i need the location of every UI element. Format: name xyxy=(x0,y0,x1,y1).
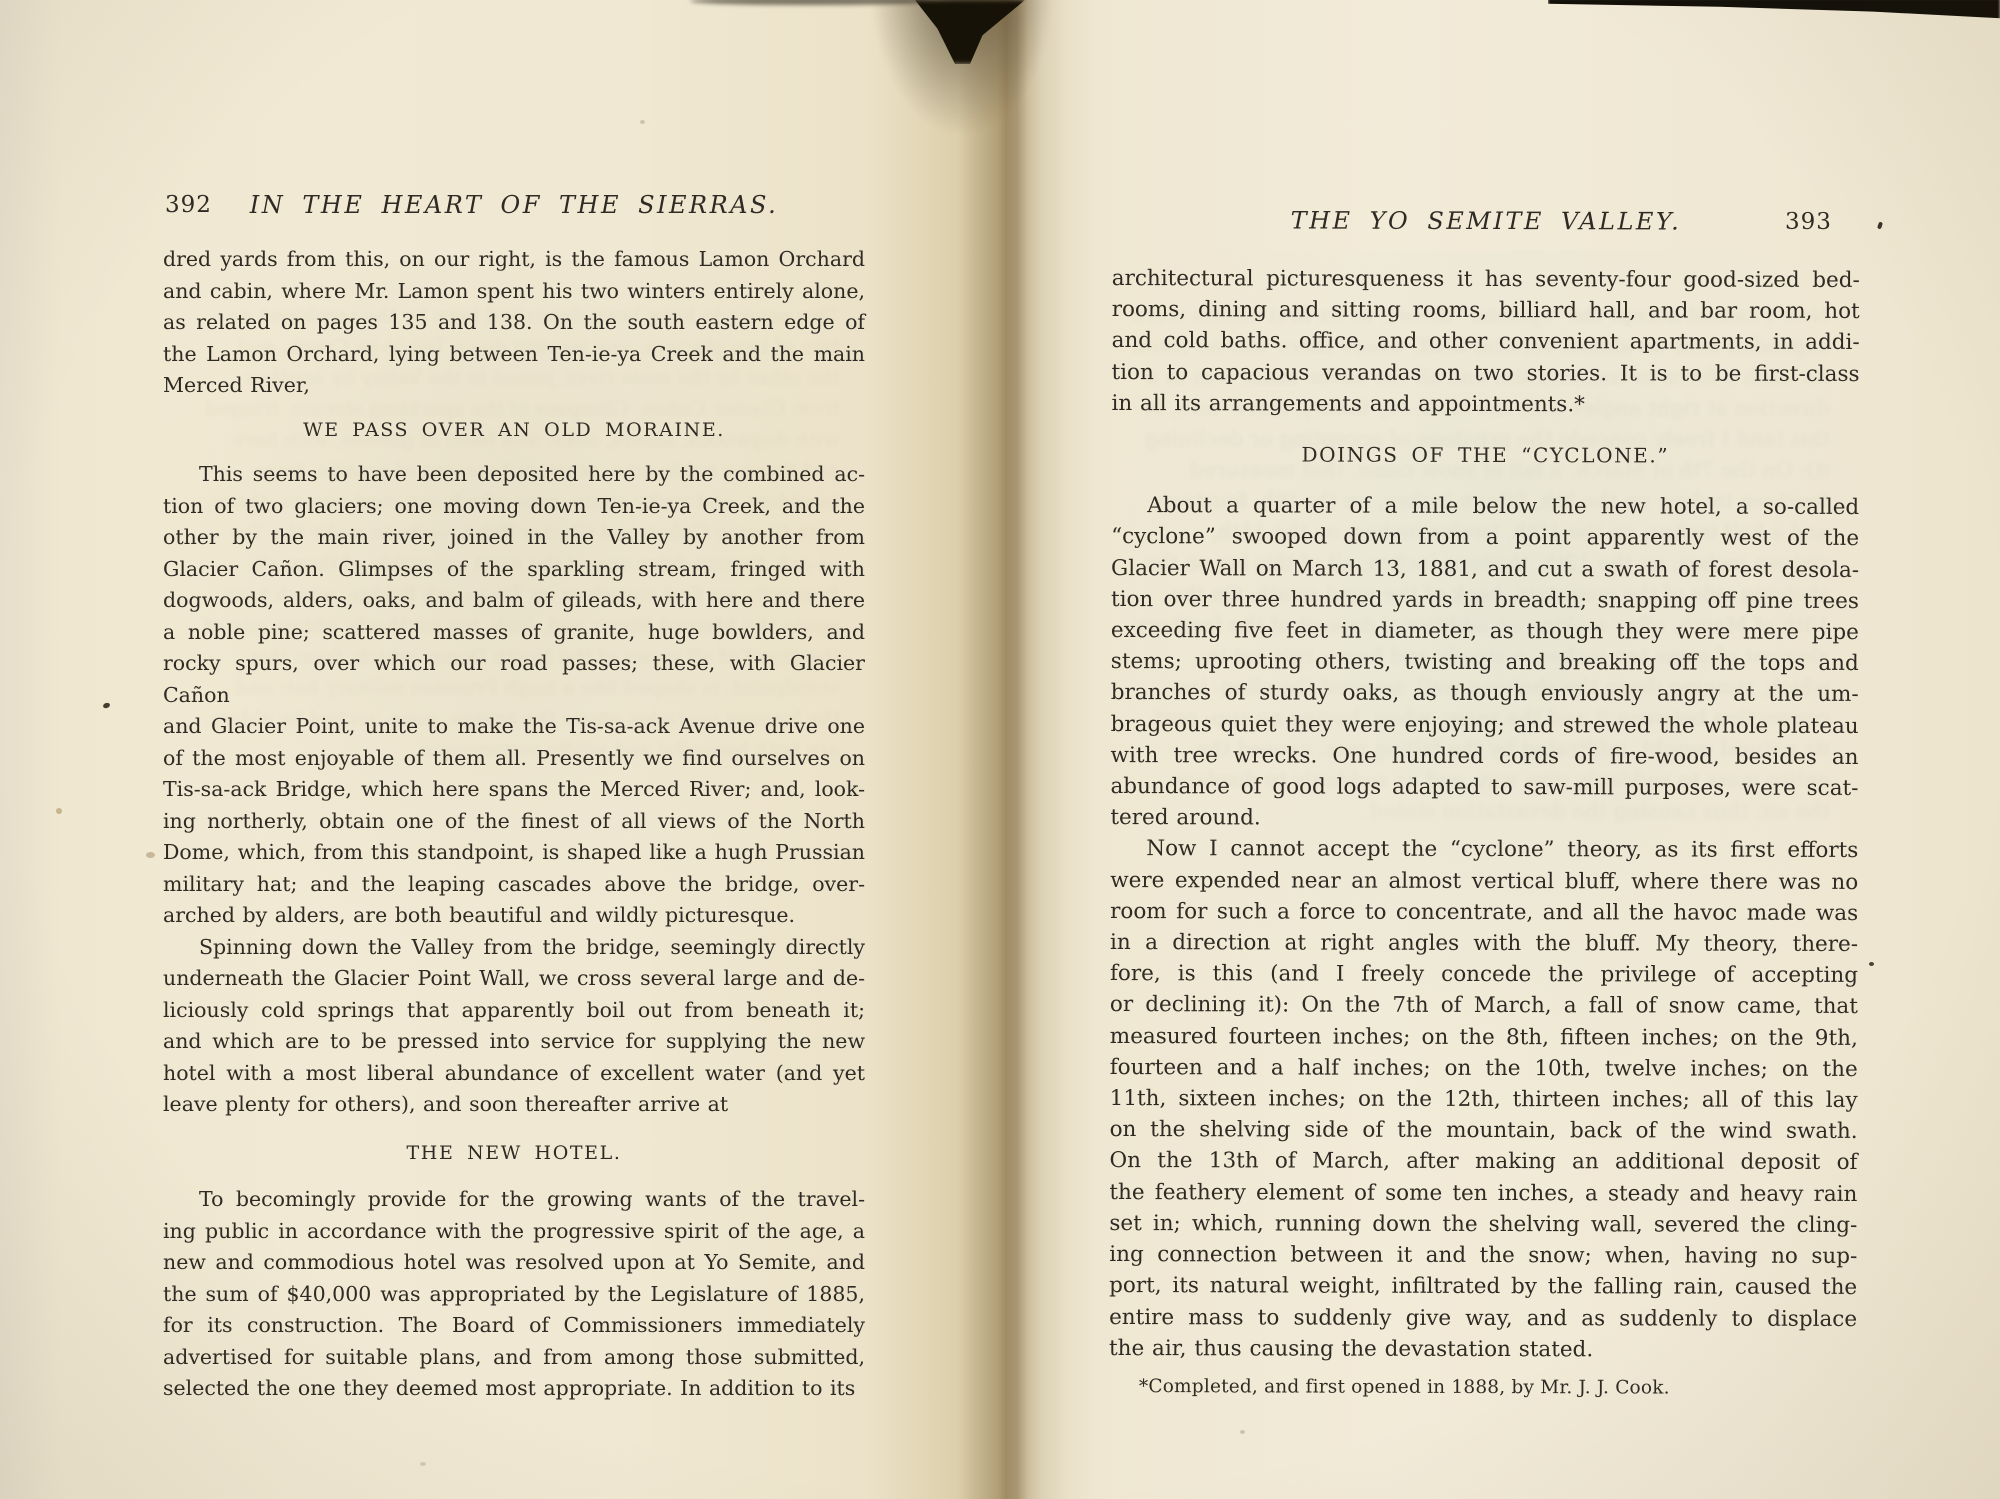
text-line: new and commodious hotel was resolved up… xyxy=(163,1247,865,1279)
text-line: brageous quiet they were enjoying; and s… xyxy=(1111,709,1859,742)
text-line: ing public in accordance with the progre… xyxy=(163,1216,865,1248)
text-line: This seems to have been deposited here b… xyxy=(163,459,865,491)
text-line: the air, thus causing the devastation st… xyxy=(1109,1333,1857,1366)
text-line: and cold baths. office, and other conven… xyxy=(1112,325,1860,358)
running-header: THE YO SEMITE VALLEY. xyxy=(1112,205,1860,238)
text-line: tion to capacious verandas on two storie… xyxy=(1112,357,1860,390)
text-line: leave plenty for others), and soon there… xyxy=(163,1089,865,1121)
text-line: a noble pine; scattered masses of granit… xyxy=(163,617,865,649)
text-line: branches of sturdy oaks, as though envio… xyxy=(1111,677,1859,710)
running-header: IN THE HEART OF THE SIERRAS. xyxy=(163,190,865,222)
text-line: fourteen and a half inches; on the 10th,… xyxy=(1110,1052,1858,1085)
text-line: Now I cannot accept the “cyclone” theory… xyxy=(1110,833,1858,866)
book-spread-scan: This seems to have been deposited here b… xyxy=(0,0,2000,1499)
text-line: Merced River, xyxy=(163,370,865,402)
running-header-row: 392 IN THE HEART OF THE SIERRAS. xyxy=(163,190,865,224)
text-line: arched by alders, are both beautiful and… xyxy=(163,900,865,932)
text-line: hotel with a most liberal abundance of e… xyxy=(163,1058,865,1090)
paragraph-cyclone: About a quarter of a mile below the new … xyxy=(1110,490,1859,835)
page-number: 393 xyxy=(1785,207,1832,238)
right-text-column: THE YO SEMITE VALLEY. 393 architectural … xyxy=(1109,205,1860,1404)
paper-speck xyxy=(146,852,155,858)
text-line: rocky spurs, over which our road passes;… xyxy=(163,648,865,711)
text-line: military hat; and the leaping cascades a… xyxy=(163,869,865,901)
text-line: Spinning down the Valley from the bridge… xyxy=(163,932,865,964)
text-line: and cabin, where Mr. Lamon spent his two… xyxy=(163,276,865,308)
text-line: and Glacier Point, unite to make the Tis… xyxy=(163,711,865,743)
text-line: of the most enjoyable of them all. Prese… xyxy=(163,743,865,775)
left-text-column: 392 IN THE HEART OF THE SIERRAS. dred ya… xyxy=(163,190,865,1405)
text-line: Dome, which, from this standpoint, is sh… xyxy=(163,837,865,869)
text-line: 11th, sixteen inches; on the 12th, thirt… xyxy=(1110,1083,1858,1116)
text-line: Tis-sa-ack Bridge, which here spans the … xyxy=(163,774,865,806)
section-heading-cyclone: DOINGS OF THE “CYCLONE.” xyxy=(1111,439,1859,472)
text-line: tion of two glaciers; one moving down Te… xyxy=(163,491,865,523)
text-line: architectural picturesqueness it has sev… xyxy=(1112,263,1860,296)
paragraph-spinning: Spinning down the Valley from the bridge… xyxy=(163,932,865,1121)
text-line: other by the main river, joined in the V… xyxy=(163,522,865,554)
text-line: port, its natural weight, infiltrated by… xyxy=(1109,1270,1857,1303)
text-line: ing connection between it and the snow; … xyxy=(1109,1239,1857,1272)
text-line: as related on pages 135 and 138. On the … xyxy=(163,307,865,339)
paragraph-new-hotel: To becomingly provide for the growing wa… xyxy=(163,1184,865,1405)
text-line: measured fourteen inches; on the 8th, fi… xyxy=(1110,1021,1858,1054)
text-line: in all its arrangements and appointments… xyxy=(1111,388,1859,421)
footnote: *Completed, and first opened in 1888, by… xyxy=(1109,1371,1857,1404)
text-line: tion over three hundred yards in breadth… xyxy=(1111,584,1859,617)
running-header-row: THE YO SEMITE VALLEY. 393 xyxy=(1112,205,1860,241)
text-line: exceeding five feet in diameter, as thou… xyxy=(1111,615,1859,648)
paragraph-theory: Now I cannot accept the “cyclone” theory… xyxy=(1109,833,1858,1365)
text-line: set in; which, running down the shelving… xyxy=(1109,1208,1857,1241)
text-line: or declining it): On the 7th of March, a… xyxy=(1110,989,1858,1022)
paper-speck xyxy=(56,808,62,814)
text-line: tered around. xyxy=(1110,802,1858,835)
text-line: Glacier Cañon. Glimpses of the sparkling… xyxy=(163,554,865,586)
section-heading-new-hotel: THE NEW HOTEL. xyxy=(163,1138,865,1170)
section-heading-moraine: WE PASS OVER AN OLD MORAINE. xyxy=(163,415,865,447)
text-line: the Lamon Orchard, lying between Ten-ie-… xyxy=(163,339,865,371)
text-line: with tree wrecks. One hundred cords of f… xyxy=(1111,740,1859,773)
text-line: in a direction at right angles with the … xyxy=(1110,927,1858,960)
text-line: Glacier Wall on March 13, 1881, and cut … xyxy=(1111,553,1859,586)
text-line: stems; uprooting others, twisting and br… xyxy=(1111,646,1859,679)
paper-speck xyxy=(1240,1430,1245,1434)
text-line: liciously cold springs that apparently b… xyxy=(163,995,865,1027)
text-line: dogwoods, alders, oaks, and balm of gile… xyxy=(163,585,865,617)
text-line: and which are to be pressed into service… xyxy=(163,1026,865,1058)
text-line: fore, is this (and I freely concede the … xyxy=(1110,958,1858,991)
text-line: dred yards from this, on our right, is t… xyxy=(163,244,865,276)
text-line: abundance of good logs adapted to saw-mi… xyxy=(1110,771,1858,804)
book-gutter-shadow xyxy=(960,0,1070,1499)
text-line: advertised for suitable plans, and from … xyxy=(163,1342,865,1374)
text-line: selected the one they deemed most approp… xyxy=(163,1373,865,1405)
paragraph-continued: dred yards from this, on our right, is t… xyxy=(163,244,865,402)
text-line: the sum of $40,000 was appropriated by t… xyxy=(163,1279,865,1311)
text-line: rooms, dining and sitting rooms, billiar… xyxy=(1112,294,1860,327)
text-line: “cyclone” swooped down from a point appa… xyxy=(1111,521,1859,554)
text-line: About a quarter of a mile below the new … xyxy=(1111,490,1859,523)
text-line: the feathery element of some ten inches,… xyxy=(1109,1177,1857,1210)
text-line: On the 13th of March, after making an ad… xyxy=(1109,1146,1857,1179)
text-line: room for such a force to concentrate, an… xyxy=(1110,896,1858,929)
paragraph-moraine: This seems to have been deposited here b… xyxy=(163,459,865,932)
paragraph-continued: architectural picturesqueness it has sev… xyxy=(1111,263,1859,421)
text-line: for its construction. The Board of Commi… xyxy=(163,1310,865,1342)
text-line: entire mass to suddenly give way, and as… xyxy=(1109,1302,1857,1335)
paper-speck xyxy=(1869,962,1874,966)
text-line: ing northerly, obtain one of the finest … xyxy=(163,806,865,838)
paper-speck xyxy=(640,120,645,124)
paper-speck xyxy=(420,1462,426,1466)
text-line: To becomingly provide for the growing wa… xyxy=(163,1184,865,1216)
text-line: on the shelving side of the mountain, ba… xyxy=(1110,1114,1858,1147)
text-line: were expended near an almost vertical bl… xyxy=(1110,865,1858,898)
text-line: underneath the Glacier Point Wall, we cr… xyxy=(163,963,865,995)
page-number: 392 xyxy=(165,190,212,222)
